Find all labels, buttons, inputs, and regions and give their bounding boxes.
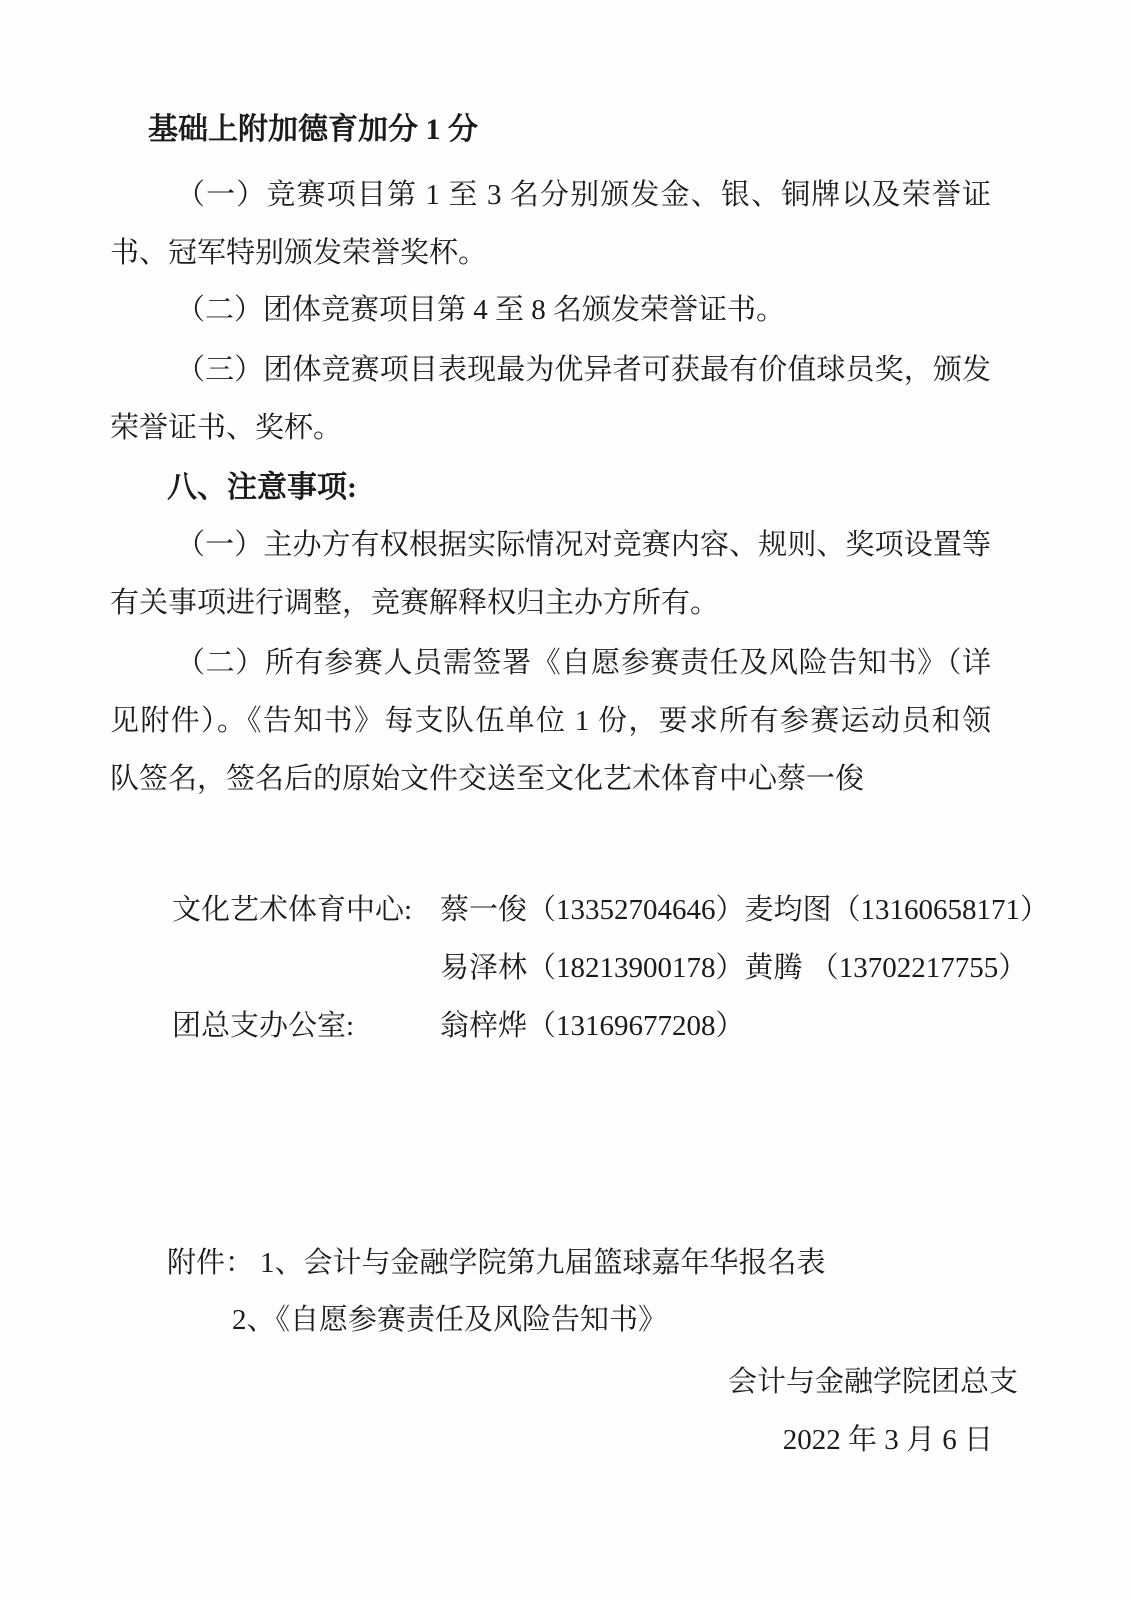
para-note-waiver: （二）所有参赛人员需签署《自愿参赛责任及风险告知书》（详 见附件）。《告知书》每… xyxy=(110,634,991,808)
contact-list: 文化艺术体育中心: 蔡一俊（13352704646）麦均图（1316065817… xyxy=(172,881,1112,1055)
para-individual-awards: （一）竞赛项目第 1 至 3 名分别颁发金、银、铜牌以及荣誉证 书、冠军特别颁发… xyxy=(110,166,991,282)
text-line: 见附件）。《告知书》每支队伍单位 1 份，要求所有参赛运动员和领 xyxy=(110,692,991,750)
signature-date-row: 2022 年 3 月 6 日 xyxy=(0,1411,993,1469)
text-line: （一）竞赛项目第 1 至 3 名分别颁发金、银、铜牌以及荣誉证 xyxy=(110,166,991,224)
text-line: 书、冠军特别颁发荣誉奖杯。 xyxy=(110,224,991,282)
para-team-awards: （二）团体竞赛项目第 4 至 8 名颁发荣誉证书。 xyxy=(110,281,991,339)
contact-label xyxy=(172,939,440,997)
contact-row: 团总支办公室: 翁梓烨（13169677208） xyxy=(172,997,1112,1055)
document-page: 基础上附加德育加分 1 分 （一）竞赛项目第 1 至 3 名分别颁发金、银、铜牌… xyxy=(0,0,1131,1600)
text-line: （二）团体竞赛项目第 4 至 8 名颁发荣誉证书。 xyxy=(110,281,991,339)
heading-text: 八、注意事项: xyxy=(167,459,1048,517)
attachment-item-2: 2、《自愿参赛责任及风险告知书》 xyxy=(232,1291,992,1349)
contact-value: 翁梓烨（13169677208） xyxy=(440,997,745,1055)
contact-row: 易泽林（18213900178）黄腾 （13702217755） xyxy=(172,939,1112,997)
contact-label: 团总支办公室: xyxy=(172,997,440,1055)
para-note-adjustment: （一）主办方有权根据实际情况对竞赛内容、规则、奖项设置等 有关事项进行调整，竞赛… xyxy=(110,516,991,632)
text-line: 队签名，签名后的原始文件交送至文化艺术体育中心蔡一俊 xyxy=(110,750,991,808)
signature-date: 2022 年 3 月 6 日 xyxy=(0,1411,993,1469)
attachment-item-2-row: 2、《自愿参赛责任及风险告知书》 xyxy=(232,1291,992,1349)
heading-notes: 八、注意事项: xyxy=(167,459,1048,517)
signature-org-row: 会计与金融学院团总支 xyxy=(0,1353,1018,1411)
para-mvp-award: （三）团体竞赛项目表现最为优异者可获最有价值球员奖，颁发 荣誉证书、奖杯。 xyxy=(110,341,991,457)
signature-org: 会计与金融学院团总支 xyxy=(0,1353,1018,1411)
text-line: （二）所有参赛人员需签署《自愿参赛责任及风险告知书》（详 xyxy=(110,634,991,692)
text-line: （一）主办方有权根据实际情况对竞赛内容、规则、奖项设置等 xyxy=(110,516,991,574)
text-line: 荣誉证书、奖杯。 xyxy=(110,399,991,457)
contact-value: 易泽林（18213900178）黄腾 （13702217755） xyxy=(440,939,1027,997)
attachments-label: 附件： xyxy=(167,1234,254,1292)
text-line: 有关事项进行调整，竞赛解释权归主办方所有。 xyxy=(110,574,991,632)
contact-label: 文化艺术体育中心: xyxy=(172,881,440,939)
contact-row: 文化艺术体育中心: 蔡一俊（13352704646）麦均图（1316065817… xyxy=(172,881,1112,939)
text-line: （三）团体竞赛项目表现最为优异者可获最有价值球员奖，颁发 xyxy=(110,341,991,399)
heading-moral-education-bonus: 基础上附加德育加分 1 分 xyxy=(148,101,1029,159)
heading-text: 基础上附加德育加分 1 分 xyxy=(148,101,1029,159)
attachment-item-1: 1、会计与金融学院第九届篮球嘉年华报名表 xyxy=(260,1234,826,1292)
contact-value: 蔡一俊（13352704646）麦均图（13160658171） xyxy=(440,881,1049,939)
attachments-block: 附件： 1、会计与金融学院第九届篮球嘉年华报名表 xyxy=(167,1234,1067,1292)
